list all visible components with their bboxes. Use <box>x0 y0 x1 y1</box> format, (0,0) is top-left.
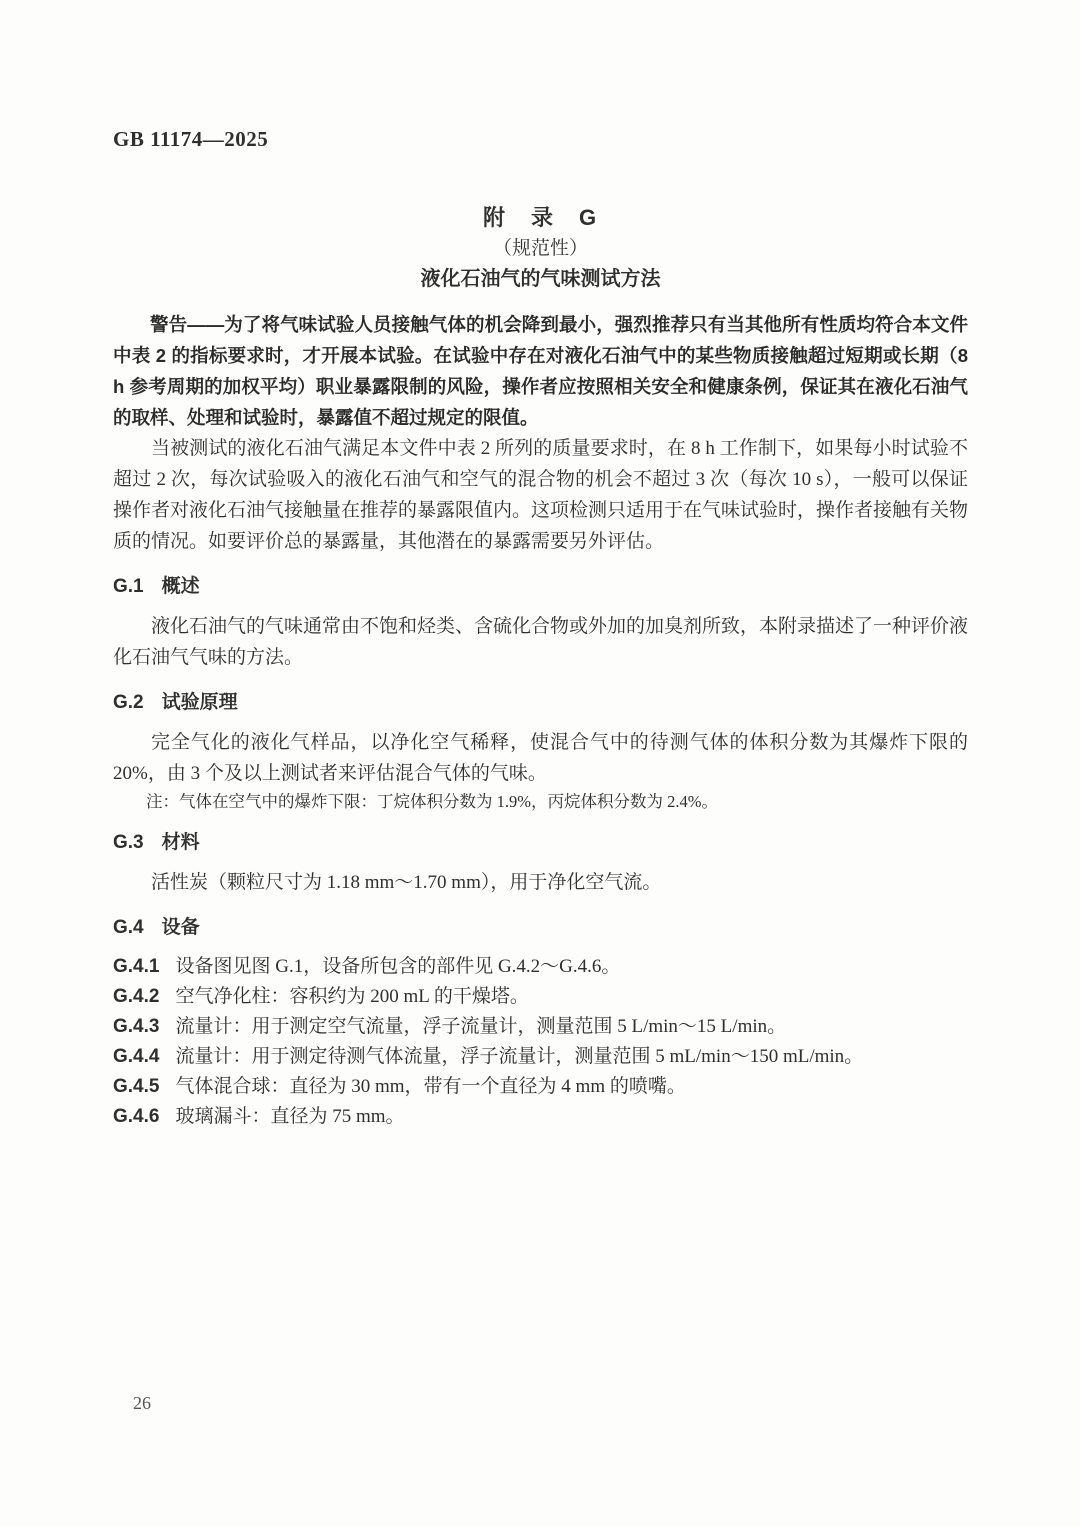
content-area: 附 录 G （规范性） 液化石油气的气味测试方法 警告——为了将气味试验人员接触… <box>113 202 968 1132</box>
appendix-subject-title: 液化石油气的气味测试方法 <box>113 264 968 295</box>
equipment-item-g44: G.4.4流量计：用于测定待测气体流量，浮子流量计，测量范围 5 mL/min～… <box>113 1042 968 1072</box>
section-heading-g2: G.2试验原理 <box>113 690 968 715</box>
item-number-g44: G.4.4 <box>113 1046 159 1067</box>
item-number-g42: G.4.2 <box>113 986 159 1007</box>
section-title-g4: 设备 <box>162 917 200 938</box>
section-number-g3: G.3 <box>113 832 144 853</box>
warning-lead: 警告—— <box>150 314 224 335</box>
section-body-g2: 完全气化的液化气样品，以净化空气稀释，使混合气中的待测气体的体积分数为其爆炸下限… <box>113 727 968 789</box>
section-note-g2: 注：气体在空气中的爆炸下限：丁烷体积分数为 1.9%，丙烷体积分数为 2.4%。 <box>113 791 968 813</box>
item-text-g45: 气体混合球：直径为 30 mm，带有一个直径为 4 mm 的喷嘴。 <box>175 1076 685 1097</box>
warning-paragraph: 警告——为了将气味试验人员接触气体的机会降到最小，强烈推荐只有当其他所有性质均符… <box>113 309 968 433</box>
section-heading-g4: G.4设备 <box>113 915 968 940</box>
section-body-g1: 液化石油气的气味通常由不饱和烃类、含硫化合物或外加的加臭剂所致，本附录描述了一种… <box>113 611 968 673</box>
item-text-g42: 空气净化柱：容积约为 200 mL 的干燥塔。 <box>175 986 528 1007</box>
section-title-g3: 材料 <box>162 832 200 853</box>
document-page: GB 11174—2025 附 录 G （规范性） 液化石油气的气味测试方法 警… <box>0 0 1080 1527</box>
section-heading-g3: G.3材料 <box>113 830 968 855</box>
item-number-g41: G.4.1 <box>113 956 159 977</box>
warning-text: 为了将气味试验人员接触气体的机会降到最小，强烈推荐只有当其他所有性质均符合本文件… <box>113 314 968 428</box>
item-text-g41: 设备图见图 G.1，设备所包含的部件见 G.4.2～G.4.6。 <box>175 956 620 977</box>
section-number-g4: G.4 <box>113 917 144 938</box>
item-number-g45: G.4.5 <box>113 1076 159 1097</box>
section-number-g2: G.2 <box>113 692 144 713</box>
item-number-g46: G.4.6 <box>113 1106 159 1127</box>
item-text-g43: 流量计：用于测定空气流量，浮子流量计，测量范围 5 L/min～15 L/min… <box>175 1016 786 1037</box>
item-text-g44: 流量计：用于测定待测气体流量，浮子流量计，测量范围 5 mL/min～150 m… <box>175 1046 863 1067</box>
equipment-item-g42: G.4.2空气净化柱：容积约为 200 mL 的干燥塔。 <box>113 982 968 1012</box>
item-text-g46: 玻璃漏斗：直径为 75 mm。 <box>175 1106 404 1127</box>
item-number-g43: G.4.3 <box>113 1016 159 1037</box>
section-number-g1: G.1 <box>113 576 144 597</box>
intro-paragraph: 当被测试的液化石油气满足本文件中表 2 所列的质量要求时，在 8 h 工作制下，… <box>113 433 968 557</box>
appendix-normative-label: （规范性） <box>113 233 968 264</box>
equipment-item-g41: G.4.1设备图见图 G.1，设备所包含的部件见 G.4.2～G.4.6。 <box>113 952 968 982</box>
section-title-g1: 概述 <box>162 576 200 597</box>
equipment-item-g46: G.4.6玻璃漏斗：直径为 75 mm。 <box>113 1102 968 1132</box>
standard-number: GB 11174—2025 <box>113 126 968 152</box>
section-title-g2: 试验原理 <box>162 692 238 713</box>
section-body-g3: 活性炭（颗粒尺寸为 1.18 mm～1.70 mm），用于净化空气流。 <box>113 867 968 898</box>
appendix-title: 附 录 G <box>113 202 968 233</box>
page-number: 26 <box>133 1393 151 1414</box>
section-heading-g1: G.1概述 <box>113 574 968 599</box>
equipment-item-g45: G.4.5气体混合球：直径为 30 mm，带有一个直径为 4 mm 的喷嘴。 <box>113 1072 968 1102</box>
equipment-item-g43: G.4.3流量计：用于测定空气流量，浮子流量计，测量范围 5 L/min～15 … <box>113 1012 968 1042</box>
appendix-title-block: 附 录 G （规范性） 液化石油气的气味测试方法 <box>113 202 968 295</box>
